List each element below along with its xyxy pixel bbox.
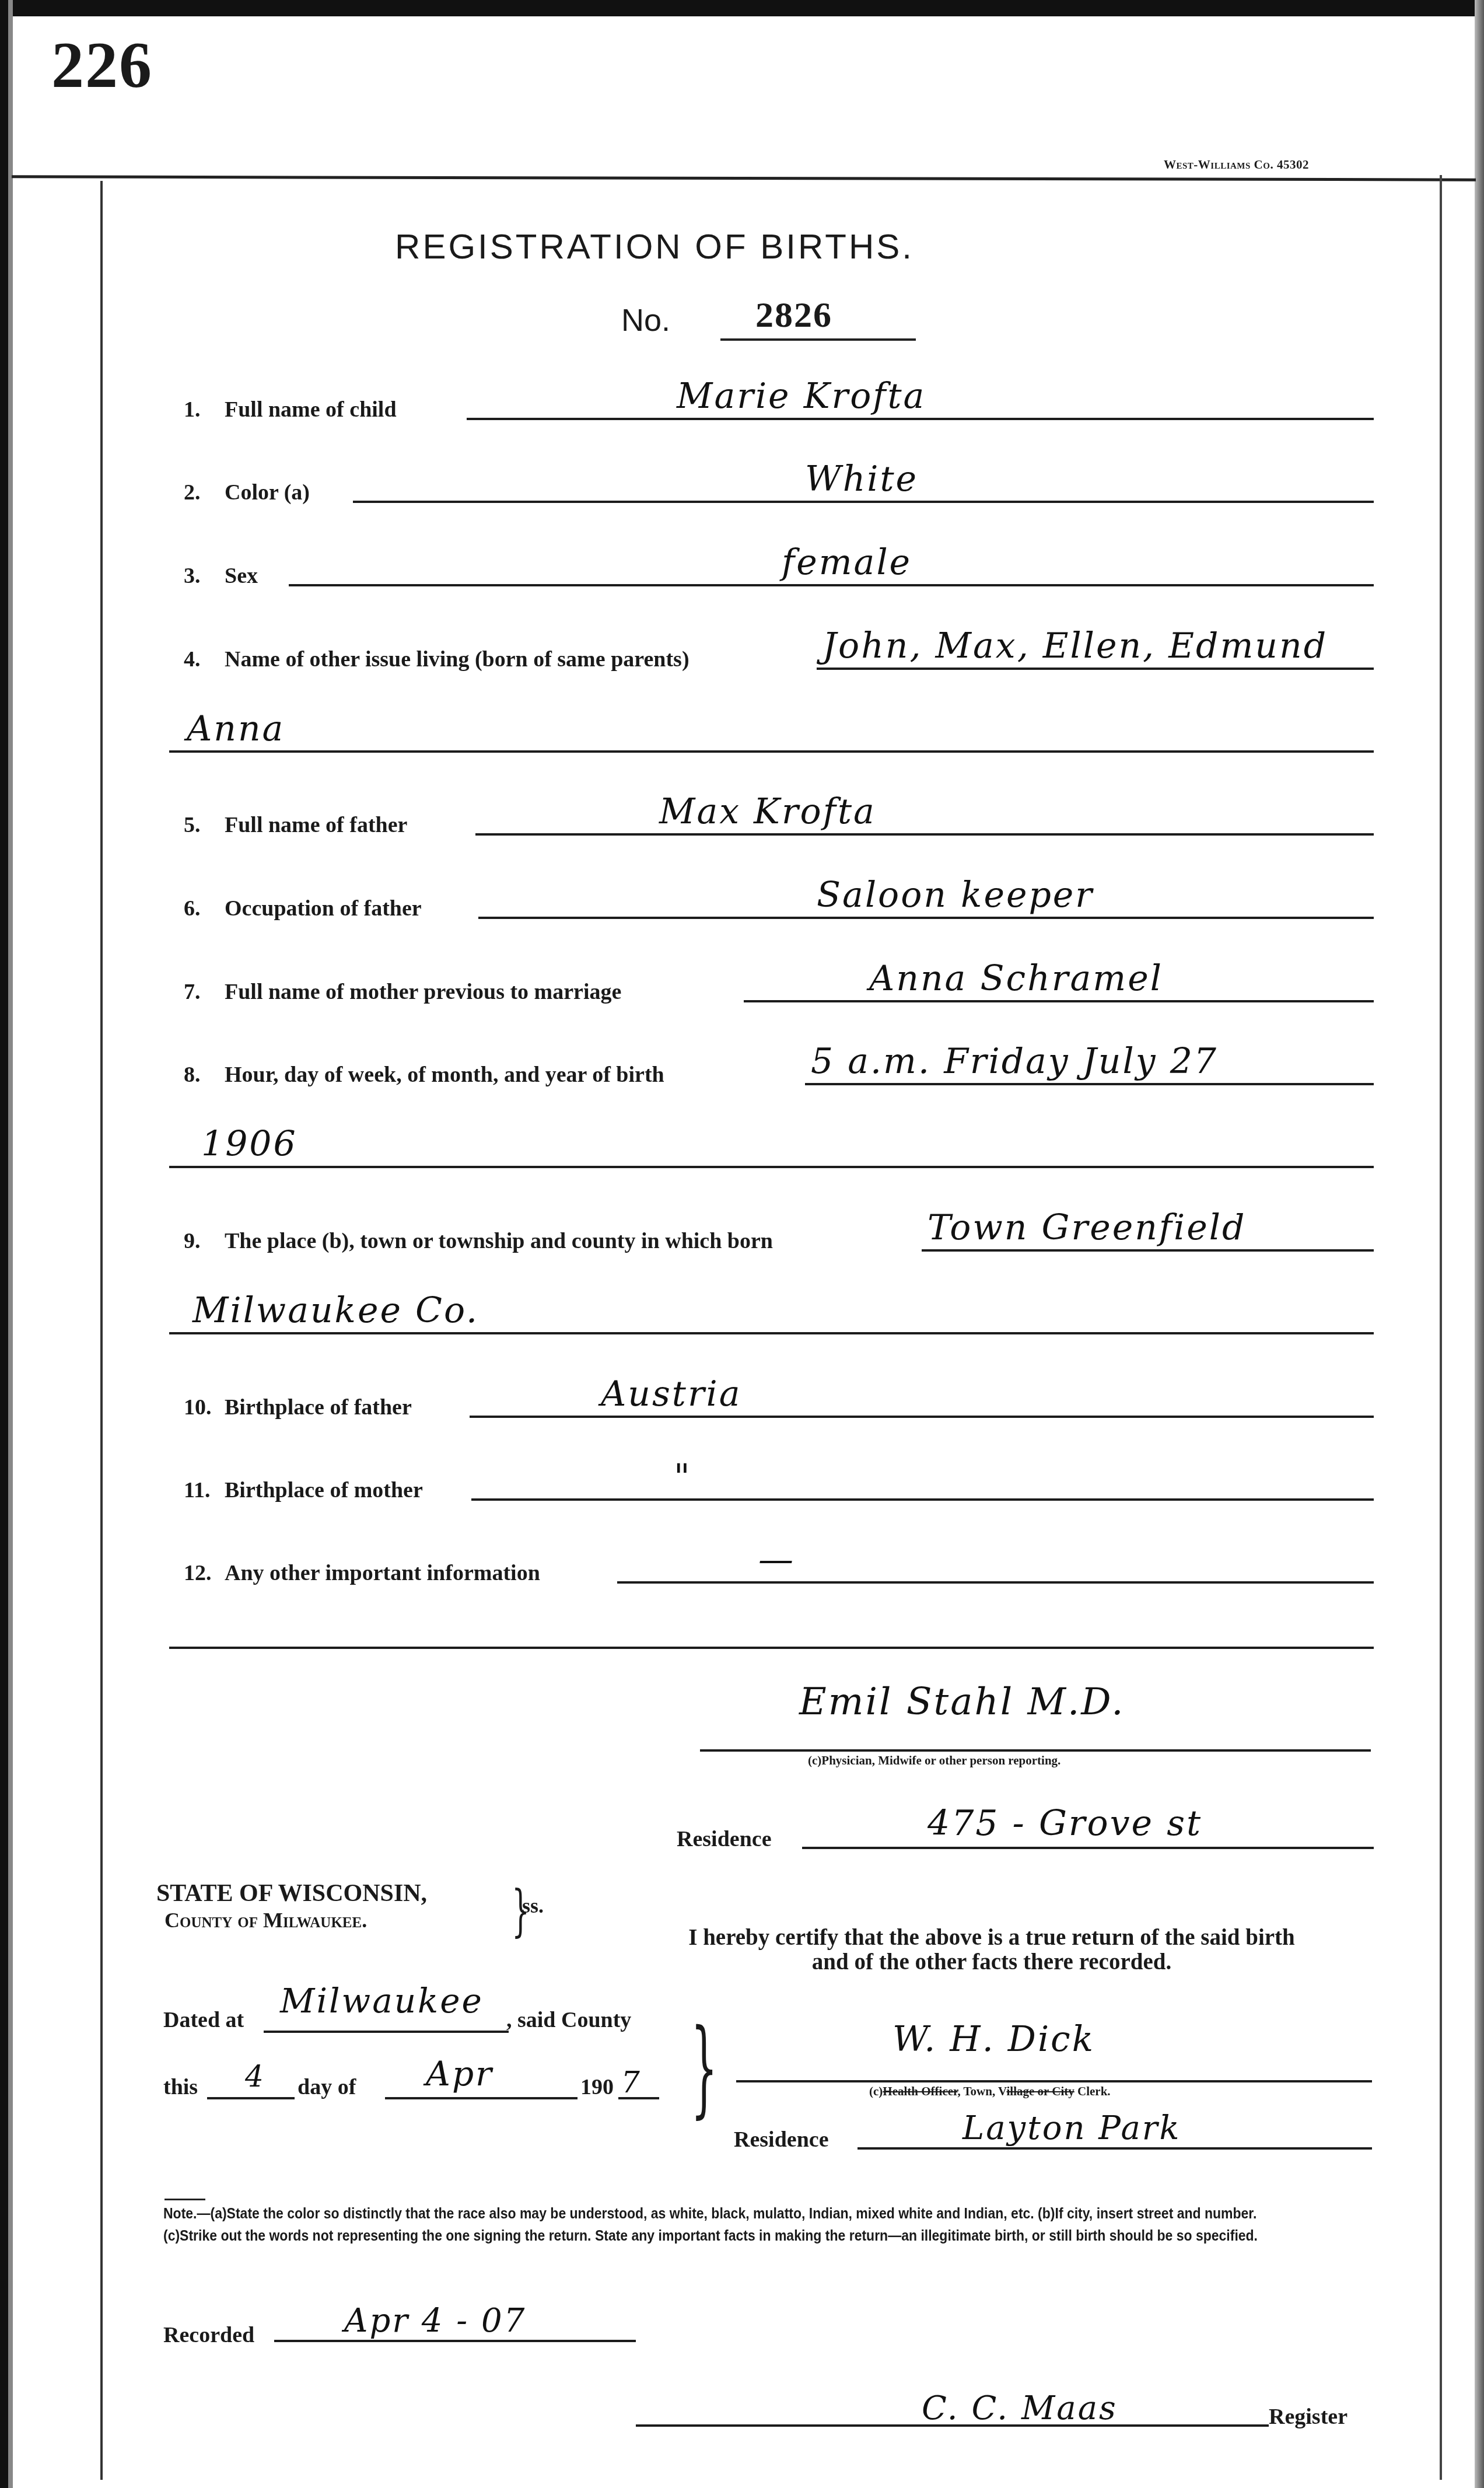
note-rule [164, 2199, 205, 2200]
registration-number-label: No. [621, 302, 670, 338]
field-number: 7. [184, 979, 225, 1005]
field-8-line [805, 1083, 1374, 1085]
day-line [207, 2097, 295, 2099]
field-3-value: female [782, 542, 912, 583]
scan-edge-top [0, 0, 1484, 16]
field-label-text: Birthplace of father [225, 1395, 412, 1420]
reporter-residence-value: 475 - Grove st [928, 1803, 1202, 1844]
field-11-line [471, 1498, 1374, 1501]
field-4-value: John, Max, Ellen, Edmund [822, 626, 1328, 666]
register-signature: C. C. Maas [922, 2389, 1118, 2427]
field-number: 8. [184, 1062, 225, 1088]
field-8-continuation-value: 1906 [201, 1124, 297, 1165]
form-title: REGISTRATION OF BIRTHS. [0, 226, 1484, 267]
field-number: 5. [184, 812, 225, 838]
clerk-caption-struck-health-officer: Health Officer [883, 2084, 957, 2098]
clerk-caption-clerk: Clerk. [1074, 2084, 1111, 2098]
certification-line-1: I hereby certify that the above is a tru… [589, 1926, 1394, 1950]
dated-place-value: Milwaukee [280, 1981, 484, 2021]
field-label-text: Full name of father [225, 813, 407, 837]
field-number: 11. [184, 1477, 225, 1503]
reporter-signature-line [700, 1749, 1371, 1752]
field-4-continuation-line [169, 750, 1374, 753]
field-8-label: 8.Hour, day of week, of month, and year … [184, 1062, 664, 1088]
field-11-label: 11.Birthplace of mother [184, 1477, 423, 1503]
day-value: 4 [245, 2060, 265, 2094]
venue-state: STATE OF WISCONSIN, [156, 1880, 427, 1907]
field-12-line [617, 1581, 1374, 1584]
field-8-value: 5 a.m. Friday July 27 [811, 1041, 1218, 1082]
venue-block: STATE OF WISCONSIN, County of Milwaukee. [156, 1880, 427, 1934]
field-7-value: Anna Schramel [869, 958, 1163, 999]
register-label: Register [1269, 2404, 1347, 2430]
field-12-continuation-line [169, 1647, 1374, 1649]
year-suffix-value: 7 [621, 2066, 642, 2099]
clerk-residence-line [857, 2147, 1372, 2150]
field-number: 12. [184, 1560, 225, 1586]
field-9-continuation-value: Milwaukee Co. [192, 1290, 479, 1331]
month-value: Apr [426, 2054, 494, 2094]
field-10-label: 10.Birthplace of father [184, 1395, 412, 1420]
scan-edge-left [0, 0, 13, 2488]
page-number: 226 [51, 28, 153, 103]
field-12-value: — [758, 1539, 795, 1580]
field-label-text: Any other important information [225, 1561, 540, 1585]
venue-ss: ss. [522, 1893, 544, 1918]
field-7-line [744, 1000, 1374, 1002]
registration-number-line [720, 338, 916, 341]
this-label: this [163, 2074, 198, 2100]
field-number: 9. [184, 1228, 225, 1254]
field-5-value: Max Krofta [659, 791, 876, 832]
field-5-line [475, 833, 1374, 836]
field-1-value: Marie Krofta [677, 376, 926, 417]
field-9-label: 9.The place (b), town or township and co… [184, 1228, 773, 1254]
field-7-label: 7.Full name of mother previous to marria… [184, 979, 621, 1005]
recorded-value: Apr 4 - 07 [344, 2302, 526, 2340]
field-9-value: Town Greenfield [928, 1207, 1246, 1248]
dated-place-line [264, 2031, 509, 2033]
certification-line-2: and of the other facts there recorded. [589, 1950, 1394, 1975]
field-number: 3. [184, 563, 225, 589]
month-line [385, 2097, 577, 2099]
field-4-label: 4.Name of other issue living (born of sa… [184, 647, 689, 672]
dated-at-label: Dated at [163, 2007, 244, 2033]
form-title-text: REGISTRATION OF BIRTHS. [395, 227, 914, 266]
recorded-label: Recorded [163, 2322, 254, 2348]
field-3-label: 3.Sex [184, 563, 258, 589]
field-2-line [353, 501, 1374, 503]
field-label-text: Hour, day of week, of month, and year of… [225, 1063, 664, 1087]
field-4-line [817, 668, 1374, 670]
field-1-line [467, 418, 1374, 420]
top-rule [12, 175, 1476, 181]
form-border-left [100, 181, 103, 2480]
field-9-continuation-line [169, 1332, 1374, 1334]
printer-imprint: West-Williams Co. 45302 [1164, 158, 1309, 172]
field-label-text: The place (b), town or township and coun… [225, 1229, 773, 1253]
reporter-residence-line [802, 1847, 1374, 1849]
clerk-signature-line [736, 2080, 1372, 2082]
clerk-residence-value: Layton Park [963, 2109, 1181, 2147]
field-label-text: Full name of child [225, 397, 397, 422]
clerk-caption: (c)Health Officer, Town, Village or City… [869, 2084, 1111, 2099]
field-number: 6. [184, 896, 225, 921]
clerk-caption-town: , Town, V [957, 2084, 1006, 2098]
clerk-signature: W. H. Dick [892, 2019, 1095, 2060]
field-10-value: Austria [601, 1374, 742, 1414]
form-border-right [1440, 175, 1442, 2480]
field-label-text: Birthplace of mother [225, 1478, 423, 1502]
reporter-residence-label: Residence [677, 1826, 772, 1852]
reporter-caption: (c)Physician, Midwife or other person re… [808, 1753, 1060, 1768]
clerk-caption-struck-village-city: illage or City [1006, 2084, 1074, 2098]
field-2-value: White [805, 459, 918, 499]
field-number: 1. [184, 397, 225, 422]
field-8-continuation-line [169, 1166, 1374, 1168]
footnote: Note.—(a)State the color so distinctly t… [163, 2203, 1274, 2247]
field-5-label: 5.Full name of father [184, 812, 407, 838]
field-12-label: 12.Any other important information [184, 1560, 540, 1586]
field-label-text: Color (a) [225, 480, 310, 505]
field-label-text: Full name of mother previous to marriage [225, 980, 621, 1004]
field-label-text: Name of other issue living (born of same… [225, 647, 689, 672]
field-11-value: " [674, 1456, 692, 1497]
field-1-label: 1.Full name of child [184, 397, 397, 422]
field-2-label: 2.Color (a) [184, 480, 310, 505]
field-label-text: Sex [225, 564, 258, 588]
clerk-caption-prefix: (c) [869, 2084, 883, 2098]
venue-county: County of Milwaukee. [156, 1907, 427, 1934]
field-number: 4. [184, 647, 225, 672]
recorded-line [274, 2340, 636, 2342]
reporter-signature: Emil Stahl M.D. [799, 1680, 1125, 1724]
field-number: 2. [184, 480, 225, 505]
certification-text: I hereby certify that the above is a tru… [589, 1926, 1394, 1975]
field-6-value: Saloon keeper [817, 875, 1094, 915]
day-of-label: day of [297, 2074, 356, 2100]
field-label-text: Occupation of father [225, 896, 422, 921]
clerk-residence-label: Residence [734, 2127, 829, 2152]
scan-edge-right [1475, 0, 1484, 2488]
field-6-line [478, 917, 1374, 919]
field-4-continuation-value: Anna [187, 708, 285, 749]
field-6-label: 6.Occupation of father [184, 896, 422, 921]
field-number: 10. [184, 1395, 225, 1420]
field-9-line [922, 1249, 1374, 1252]
field-3-line [289, 584, 1374, 586]
year-prefix: 190 [580, 2074, 614, 2100]
field-10-line [470, 1416, 1374, 1418]
said-county-label: , said County [506, 2007, 631, 2033]
dated-brace: } [691, 2007, 717, 2129]
registration-number-value: 2826 [755, 295, 832, 336]
